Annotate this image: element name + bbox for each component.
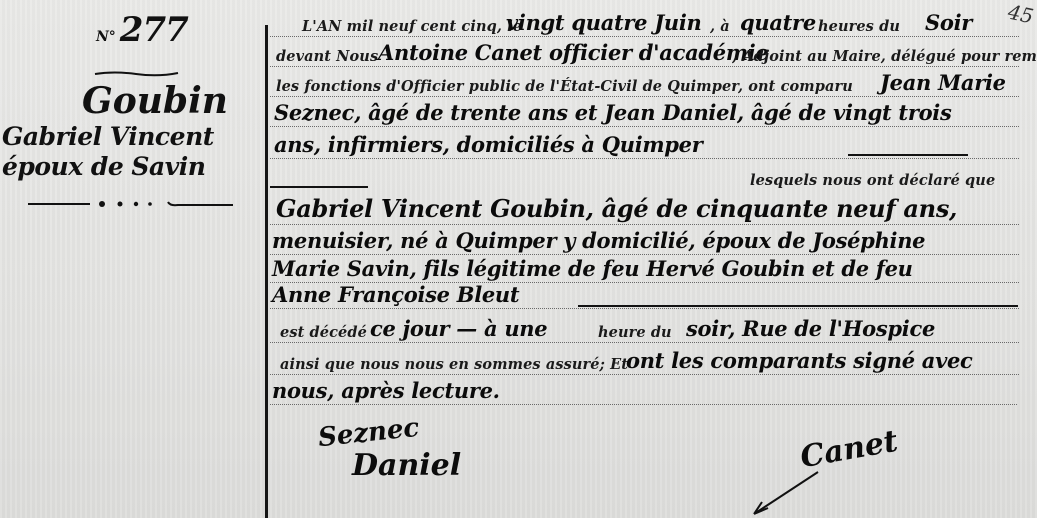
record-line: devant Nous Antoine Canet officier d'aca…	[270, 42, 1037, 70]
dotted-flourish-icon	[28, 198, 233, 210]
register-page: N° 277 Goubin Gabriel Vincent époux de S…	[0, 0, 1037, 518]
handwritten-death-time: ce jour — à une	[370, 316, 547, 341]
record-line: ans, infirmiers, domiciliés à Quimper	[270, 134, 1037, 162]
signature-daniel: Daniel	[352, 448, 461, 483]
handwritten-officer-name: Antoine Canet officier d'académie	[378, 40, 769, 65]
record-body: L'AN mil neuf cent cinq, le vingt quatre…	[270, 0, 1037, 518]
handwritten-closing: nous, après lecture.	[272, 378, 500, 403]
deceased-surname: Goubin	[82, 80, 228, 122]
entry-number: N° 277	[96, 10, 188, 50]
swash-ornament-icon	[94, 70, 179, 78]
handwritten-hour: quatre	[740, 10, 816, 35]
printed-text: les fonctions d'Officier public de l'Éta…	[276, 78, 853, 95]
printed-text: heure du	[598, 324, 672, 341]
handwritten-witnesses: Seznec, âgé de trente ans et Jean Daniel…	[274, 100, 952, 125]
printed-text: est décédé	[280, 324, 367, 341]
printed-text: devant Nous	[276, 48, 378, 65]
record-line: lesquels nous ont déclaré que	[270, 166, 1037, 194]
spouse-note: époux de Savin	[2, 152, 205, 181]
handwritten-date: vingt quatre Juin	[506, 10, 702, 35]
printed-text: lesquels nous ont déclaré que	[750, 172, 995, 189]
record-line: les fonctions d'Officier public de l'Éta…	[270, 72, 1037, 100]
handwritten-mother: Anne Françoise Bleut	[272, 282, 519, 307]
signature-flourish-icon	[750, 470, 820, 518]
margin-rule	[265, 25, 268, 518]
printed-text: L'AN mil neuf cent cinq, le	[302, 18, 522, 35]
handwritten-details: menuisier, né à Quimper y domicilié, épo…	[272, 228, 925, 253]
handwritten-death-place: soir, Rue de l'Hospice	[686, 316, 935, 341]
record-line: est décédé ce jour — à une heure du soir…	[270, 318, 1037, 346]
record-line: Seznec, âgé de trente ans et Jean Daniel…	[270, 102, 1037, 130]
record-line: L'AN mil neuf cent cinq, le vingt quatre…	[270, 12, 1037, 40]
handwritten-parents: Marie Savin, fils légitime de feu Hervé …	[272, 256, 913, 281]
entry-number-label: N°	[96, 29, 116, 45]
printed-text: , Adjoint au Maire, délégué pour remplir	[732, 48, 1037, 65]
deceased-given-names: Gabriel Vincent	[2, 122, 214, 151]
entry-number-value: 277	[120, 10, 188, 50]
printed-text: , à	[710, 18, 730, 35]
printed-text: heures du	[818, 18, 900, 35]
record-line: ainsi que nous nous en sommes assuré; Et…	[270, 350, 1037, 378]
record-line: Gabriel Vincent Goubin, âgé de cinquante…	[270, 196, 1037, 228]
handwritten-closing: ont les comparants signé avec	[626, 348, 973, 373]
handwritten-witness: Jean Marie	[880, 70, 1006, 95]
signature-canet: Canet	[798, 424, 901, 475]
record-line: nous, après lecture.	[270, 380, 1037, 408]
printed-text: ainsi que nous nous en sommes assuré; Et	[280, 356, 628, 373]
record-line: Anne Françoise Bleut	[270, 280, 1037, 312]
handwritten-occupation: ans, infirmiers, domiciliés à Quimper	[274, 132, 703, 157]
handwritten-deceased: Gabriel Vincent Goubin, âgé de cinquante…	[276, 194, 957, 223]
handwritten-period: Soir	[925, 10, 972, 35]
margin-column: N° 277 Goubin Gabriel Vincent époux de S…	[0, 0, 265, 518]
